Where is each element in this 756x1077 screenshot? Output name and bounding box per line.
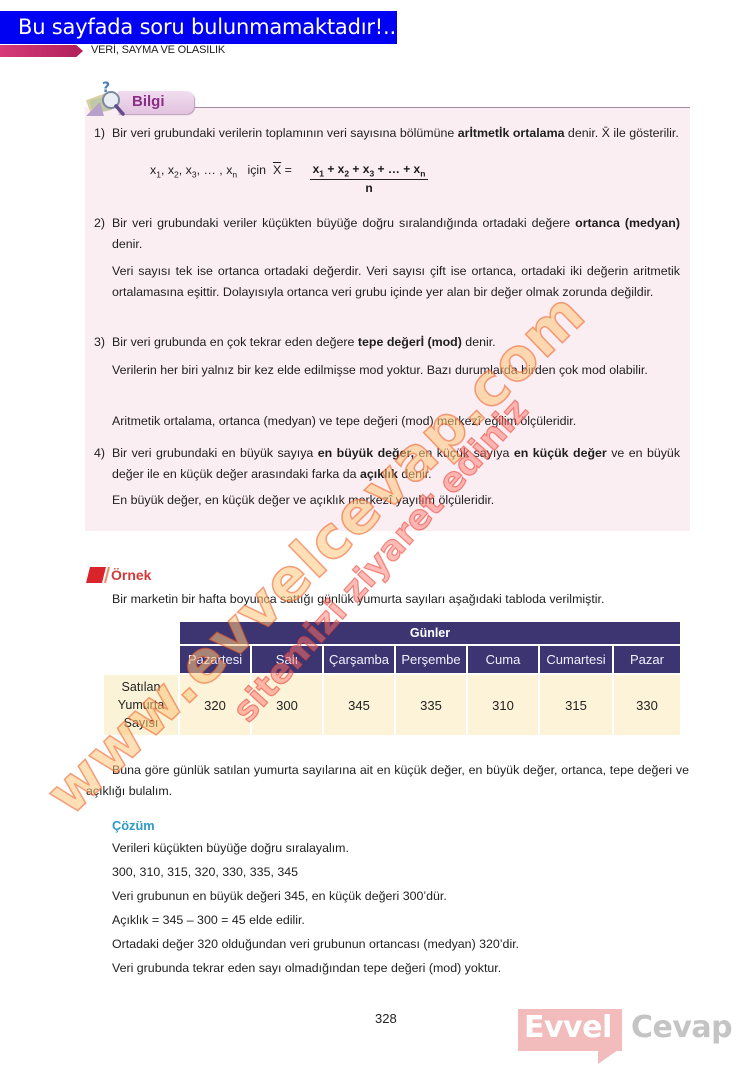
row-label: Satılan Yumurta Sayısı xyxy=(104,675,178,735)
item-number: 1) xyxy=(94,123,105,144)
definition-mean: Bir veri grubundaki verilerin toplamının… xyxy=(112,123,680,144)
term: ortanca (medyan) xyxy=(575,216,680,230)
chapter-title: VERİ, SAYMA VE OLASILIK xyxy=(91,44,225,56)
chapter-arrow-decoration xyxy=(0,45,83,57)
svg-text:?: ? xyxy=(102,80,110,96)
text: Bir veri grubundaki verilerin toplamının… xyxy=(112,126,458,140)
text: en küçük sayıya xyxy=(414,446,514,460)
solution-line: 300, 310, 315, 320, 330, 335, 345 xyxy=(112,865,298,879)
magnifier-question-icon: ? xyxy=(86,80,128,116)
days-group-header: Günler xyxy=(180,622,680,644)
text: denir. xyxy=(398,467,432,481)
item-number: 3) xyxy=(94,332,105,353)
text: denir. xyxy=(462,335,496,349)
info-box-rule xyxy=(190,107,690,108)
mean-formula-fraction: x1 + x2 + x3 + … + xn n xyxy=(310,162,428,195)
solution-title: Çözüm xyxy=(112,818,155,833)
day-header: Perşembe xyxy=(396,646,466,673)
solution-line: Ortadaki değer 320 olduğundan veri grubu… xyxy=(112,937,519,951)
median-note: Veri sayısı tek ise ortanca ortadaki değ… xyxy=(112,261,680,303)
info-title: Bilgi xyxy=(132,93,165,110)
text: Bir veri grubundaki veriler küçükten büy… xyxy=(112,216,575,230)
example-title: Örnek xyxy=(111,567,151,583)
example-marker-icon xyxy=(86,567,112,583)
notice-banner: Bu sayfada soru bulunmamaktadır!.. xyxy=(0,11,397,44)
spread-note: En büyük değer, en küçük değer ve açıklı… xyxy=(112,490,680,511)
egg-sales-table: Günler PazartesiSalıÇarşambaPerşembeCuma… xyxy=(102,620,682,737)
empty-corner xyxy=(104,622,178,644)
mode-note: Verilerin her biri yalnız bir kez elde e… xyxy=(112,360,680,381)
text: Bir veri grubunda en çok tekrar eden değ… xyxy=(112,335,358,349)
egg-count-cell: 320 xyxy=(180,675,250,735)
egg-count-cell: 315 xyxy=(540,675,612,735)
day-header: Pazar xyxy=(614,646,680,673)
egg-count-cell: 310 xyxy=(468,675,538,735)
definition-mode: Bir veri grubunda en çok tekrar eden değ… xyxy=(112,332,680,353)
day-header: Cumartesi xyxy=(540,646,612,673)
central-tendency-note: Aritmetik ortalama, ortanca (medyan) ve … xyxy=(112,411,680,432)
logo-badge-tail xyxy=(598,1050,618,1064)
egg-count-cell: 345 xyxy=(324,675,394,735)
item-number: 4) xyxy=(94,443,105,464)
example-question: Buna göre günlük satılan yumurta sayılar… xyxy=(86,760,689,802)
term: en büyük değer, xyxy=(318,446,414,460)
mean-formula-lhs: x1, x2, x3, … , xn için X = xyxy=(150,163,292,179)
egg-count-cell: 300 xyxy=(252,675,322,735)
example-intro: Bir marketin bir hafta boyunca sattığı g… xyxy=(112,589,604,610)
logo-text-evvel: Evvel xyxy=(524,1010,612,1045)
term: açıklık xyxy=(360,467,398,481)
solution-line: Verileri küçükten büyüğe doğru sıralayal… xyxy=(112,841,349,855)
egg-count-cell: 335 xyxy=(396,675,466,735)
term: en küçük değer xyxy=(514,446,607,460)
day-header: Cuma xyxy=(468,646,538,673)
empty-corner xyxy=(104,646,178,673)
denominator: n xyxy=(310,180,428,195)
egg-count-cell: 330 xyxy=(614,675,680,735)
logo-text-cevap: Cevap xyxy=(631,1010,732,1045)
day-header: Salı xyxy=(252,646,322,673)
text: denir. X̄ ile gösterilir. xyxy=(564,126,678,140)
solution-line: Veri grubunun en büyük değeri 345, en kü… xyxy=(112,889,447,903)
item-number: 2) xyxy=(94,213,105,234)
day-header: Çarşamba xyxy=(324,646,394,673)
solution-line: Açıklık = 345 – 300 = 45 elde edilir. xyxy=(112,913,305,927)
term: tepe değerİ (mod) xyxy=(358,335,462,349)
numerator: x1 + x2 + x3 + … + xn xyxy=(310,162,428,180)
page-number: 328 xyxy=(375,1011,397,1026)
text: denir. xyxy=(112,237,142,251)
definition-range: Bir veri grubundaki en büyük sayıya en b… xyxy=(112,443,680,485)
term: arİtmetİk ortalama xyxy=(458,126,565,140)
solution-line: Veri grubunda tekrar eden sayı olmadığın… xyxy=(112,961,501,975)
text: Bir veri grubundaki en büyük sayıya xyxy=(112,446,318,460)
day-header: Pazartesi xyxy=(180,646,250,673)
definition-median: Bir veri grubundaki veriler küçükten büy… xyxy=(112,213,680,255)
